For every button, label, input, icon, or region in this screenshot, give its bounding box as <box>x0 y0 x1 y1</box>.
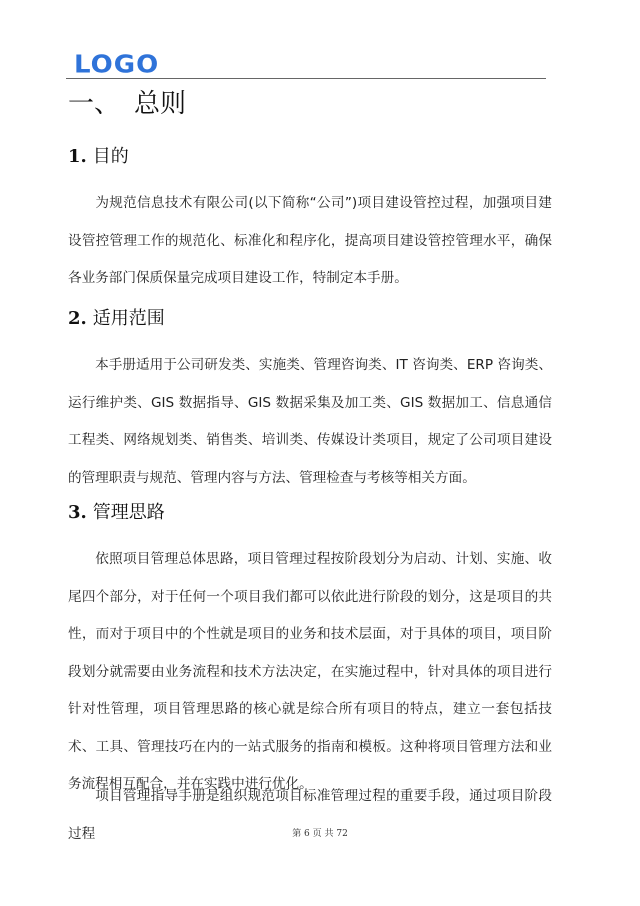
chapter-heading: 一、总则 <box>68 86 186 122</box>
paragraph-approach: 依照项目管理总体思路，项目管理过程按阶段划分为启动、计划、实施、收尾四个部分，对… <box>68 541 552 804</box>
section-number: 2. <box>68 308 87 329</box>
paragraph-approach-continued: 项目管理指导手册是组织规范项目标准管理过程的重要手段，通过项目阶段过程 <box>68 778 552 853</box>
section-title: 适用范围 <box>93 308 165 329</box>
section-heading-scope: 2.适用范围 <box>68 306 165 332</box>
section-number: 3. <box>68 502 87 523</box>
company-logo: LOGO <box>74 51 159 80</box>
header-divider <box>66 78 546 79</box>
paragraph-text: 依照项目管理总体思路，项目管理过程按阶段划分为启动、计划、实施、收尾四个部分，对… <box>68 551 552 792</box>
paragraph-text: 为规范信息技术有限公司(以下简称“公司”)项目建设管控过程，加强项目建设管控管理… <box>68 195 552 286</box>
section-heading-purpose: 1.目的 <box>68 144 129 170</box>
chapter-number: 一、 <box>68 86 134 122</box>
chapter-title: 总则 <box>134 89 186 119</box>
section-title: 目的 <box>93 146 129 167</box>
section-heading-approach: 3.管理思路 <box>68 500 165 526</box>
paragraph-text: 本手册适用于公司研发类、实施类、管理咨询类、IT 咨询类、ERP 咨询类、运行维… <box>68 357 552 486</box>
paragraph-scope: 本手册适用于公司研发类、实施类、管理咨询类、IT 咨询类、ERP 咨询类、运行维… <box>68 347 552 497</box>
section-title: 管理思路 <box>93 502 165 523</box>
page-number: 第 6 页 共 72 <box>0 826 640 839</box>
section-number: 1. <box>68 146 87 167</box>
paragraph-purpose: 为规范信息技术有限公司(以下简称“公司”)项目建设管控过程，加强项目建设管控管理… <box>68 185 552 298</box>
